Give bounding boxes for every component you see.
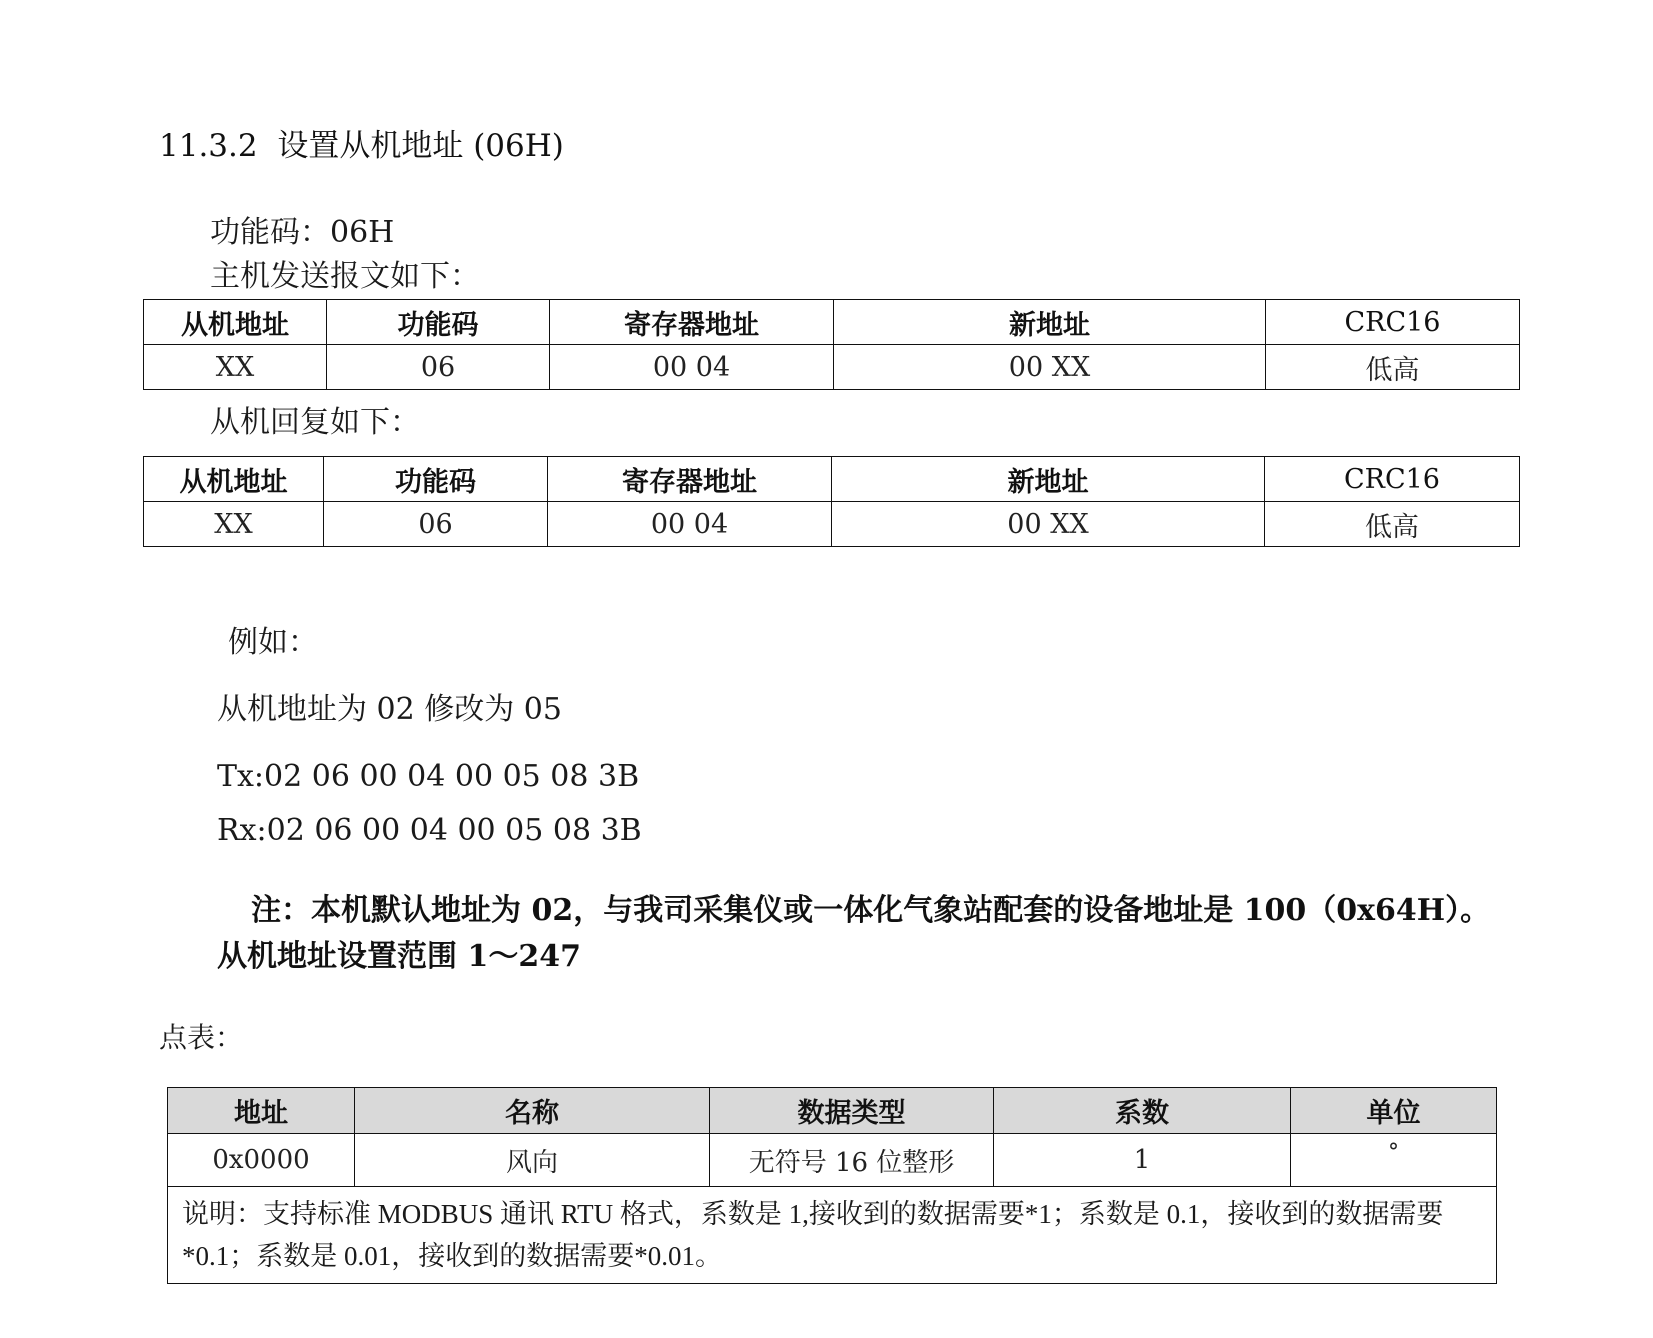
response-frame-table: 从机地址 功能码 寄存器地址 新地址 CRC16 XX 06 00 04 00 … (143, 456, 1520, 547)
table-header-row: 地址 名称 数据类型 系数 单位 (168, 1088, 1497, 1134)
note-address-range: 从机地址设置范围 1～247 (217, 937, 581, 977)
cell-name: 风向 (355, 1134, 710, 1187)
example-rx-frame: Rx:02 06 00 04 00 05 08 3B (217, 812, 642, 850)
header-register-address: 寄存器地址 (548, 457, 832, 502)
request-caption: 主机发送报文如下： (210, 258, 480, 296)
header-data-type: 数据类型 (710, 1088, 994, 1134)
example-tx-frame: Tx:02 06 00 04 00 05 08 3B (217, 758, 639, 796)
description-row: 说明：支持标准 MODBUS 通讯 RTU 格式，系数是 1,接收到的数据需要*… (168, 1187, 1497, 1284)
table-row: XX 06 00 04 00 XX 低高 (144, 345, 1520, 390)
cell-function-code: 06 (327, 345, 550, 390)
section-title: 设置从机地址 (277, 128, 463, 164)
example-label: 例如： (228, 624, 318, 662)
section-function-code: (06H) (473, 128, 564, 164)
header-name: 名称 (355, 1088, 710, 1134)
header-slave-address: 从机地址 (144, 300, 327, 345)
cell-new-address: 00 XX (832, 502, 1265, 547)
table-header-row: 从机地址 功能码 寄存器地址 新地址 CRC16 (144, 300, 1520, 345)
example-description: 从机地址为 02 修改为 05 (217, 691, 562, 729)
header-address: 地址 (168, 1088, 355, 1134)
response-caption: 从机回复如下： (210, 404, 420, 442)
header-new-address: 新地址 (834, 300, 1266, 345)
cell-new-address: 00 XX (834, 345, 1266, 390)
header-new-address: 新地址 (832, 457, 1265, 502)
header-function-code: 功能码 (327, 300, 550, 345)
table-header-row: 从机地址 功能码 寄存器地址 新地址 CRC16 (144, 457, 1520, 502)
cell-crc16: 低高 (1266, 345, 1520, 390)
cell-data-type: 无符号 16 位整形 (710, 1134, 994, 1187)
header-crc16: CRC16 (1266, 300, 1520, 345)
function-code-line: 功能码：06H (210, 214, 394, 252)
section-number: 11.3.2 (159, 128, 258, 164)
point-table: 地址 名称 数据类型 系数 单位 0x0000 风向 无符号 16 位整形 1 … (167, 1087, 1497, 1284)
request-frame-table: 从机地址 功能码 寄存器地址 新地址 CRC16 XX 06 00 04 00 … (143, 299, 1520, 390)
point-table-caption: 点表： (159, 1019, 243, 1057)
header-crc16: CRC16 (1265, 457, 1520, 502)
cell-function-code: 06 (324, 502, 548, 547)
table-row: XX 06 00 04 00 XX 低高 (144, 502, 1520, 547)
header-coefficient: 系数 (994, 1088, 1291, 1134)
cell-crc16: 低高 (1265, 502, 1520, 547)
table-row: 0x0000 风向 无符号 16 位整形 1 ° (168, 1134, 1497, 1187)
cell-address: 0x0000 (168, 1134, 355, 1187)
point-table-description: 说明：支持标准 MODBUS 通讯 RTU 格式，系数是 1,接收到的数据需要*… (168, 1187, 1497, 1284)
header-register-address: 寄存器地址 (550, 300, 834, 345)
cell-slave-address: XX (144, 502, 324, 547)
cell-register-address: 00 04 (550, 345, 834, 390)
section-heading: 11.3.2 设置从机地址 (06H) (159, 126, 564, 166)
note-default-address: 注：本机默认地址为 02，与我司采集仪或一体化气象站配套的设备地址是 100（0… (251, 891, 1490, 931)
header-slave-address: 从机地址 (144, 457, 324, 502)
header-unit: 单位 (1291, 1088, 1497, 1134)
header-function-code: 功能码 (324, 457, 548, 502)
cell-coefficient: 1 (994, 1134, 1291, 1187)
cell-register-address: 00 04 (548, 502, 832, 547)
cell-unit: ° (1291, 1134, 1497, 1187)
cell-slave-address: XX (144, 345, 327, 390)
